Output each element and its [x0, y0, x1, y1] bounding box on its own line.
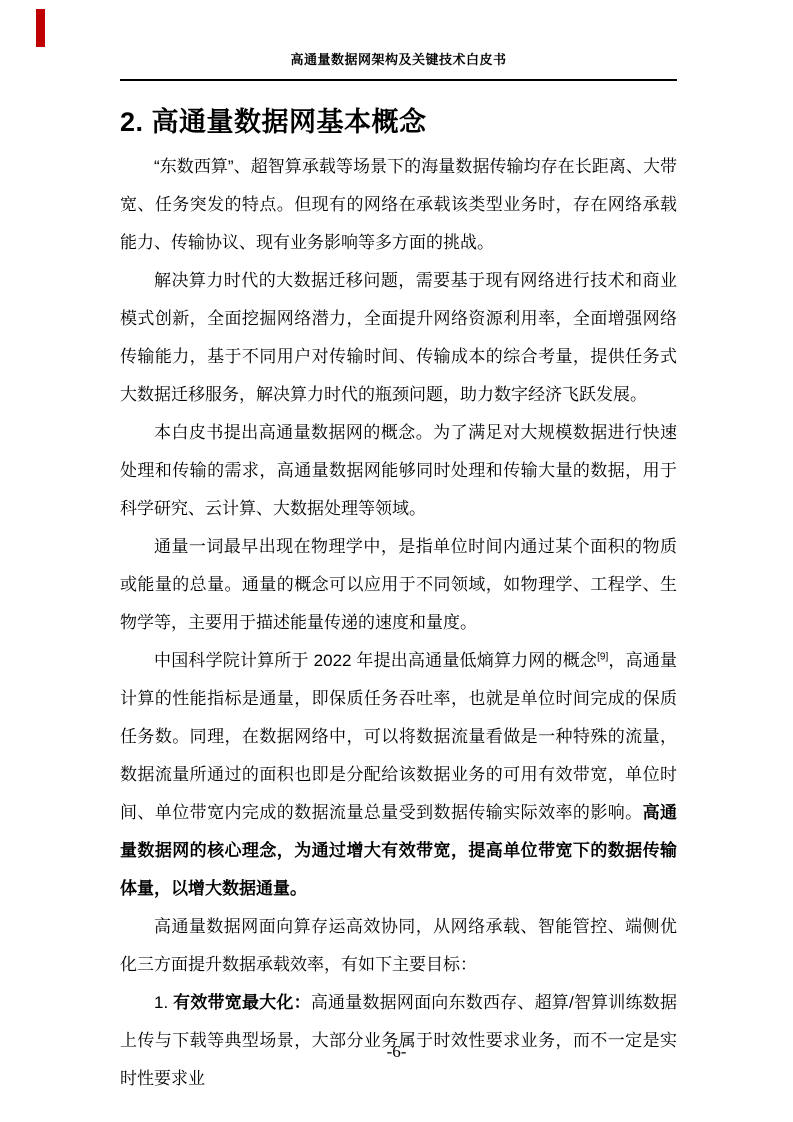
citation-superscript: [9] [597, 651, 608, 662]
text-run: 解决算力时代的大数据迁移问题，需要基于现有网络进行技术和商业模式创新，全面挖掘网… [120, 271, 677, 404]
document-page: 高通量数据网架构及关键技术白皮书 2. 高通量数据网基本概念 “东数西算”、超智… [0, 0, 793, 1122]
section-title: 2. 高通量数据网基本概念 [120, 105, 677, 139]
bold-text-run: 有效带宽最大化： [173, 993, 311, 1012]
document-body: “东数西算”、超智算承载等场景下的海量数据传输均存在长距离、大带宽、任务突发的特… [120, 148, 677, 1098]
paragraph: “东数西算”、超智算承载等场景下的海量数据传输均存在长距离、大带宽、任务突发的特… [120, 148, 677, 262]
text-run: 高通量数据网面向算存运高效协同，从网络承载、智能管控、端侧优化三方面提升数据承载… [120, 917, 677, 974]
page-footer: -6- [0, 1041, 793, 1063]
text-run: “东数西算”、超智算承载等场景下的海量数据传输均存在长距离、大带宽、任务突发的特… [120, 157, 677, 252]
paragraph: 高通量数据网面向算存运高效协同，从网络承载、智能管控、端侧优化三方面提升数据承载… [120, 908, 677, 984]
text-run: 本白皮书提出高通量数据网的概念。为了满足对大规模数据进行快速处理和传输的需求，高… [120, 423, 677, 518]
running-header-title: 高通量数据网架构及关键技术白皮书 [290, 52, 506, 67]
page-number: -6- [387, 1042, 407, 1061]
text-run: 中国科学院计算所于 2022 年提出高通量低熵算力网的概念 [154, 651, 597, 670]
running-header: 高通量数据网架构及关键技术白皮书 [120, 51, 677, 81]
paragraph: 通量一词最早出现在物理学中，是指单位时间内通过某个面积的物质或能量的总量。通量的… [120, 528, 677, 642]
paragraph: 本白皮书提出高通量数据网的概念。为了满足对大规模数据进行快速处理和传输的需求，高… [120, 414, 677, 528]
paragraph: 解决算力时代的大数据迁移问题，需要基于现有网络进行技术和商业模式创新，全面挖掘网… [120, 262, 677, 414]
red-bookmark-bar [36, 9, 45, 47]
paragraph: 中国科学院计算所于 2022 年提出高通量低熵算力网的概念[9]，高通量计算的性… [120, 642, 677, 908]
content-column: 高通量数据网架构及关键技术白皮书 2. 高通量数据网基本概念 “东数西算”、超智… [120, 0, 677, 1098]
text-run: 通量一词最早出现在物理学中，是指单位时间内通过某个面积的物质或能量的总量。通量的… [120, 537, 677, 632]
text-run: 1. [154, 993, 173, 1012]
text-run: ，高通量计算的性能指标是通量，即保质任务吞吐率，也就是单位时间完成的保质任务数。… [120, 651, 677, 822]
